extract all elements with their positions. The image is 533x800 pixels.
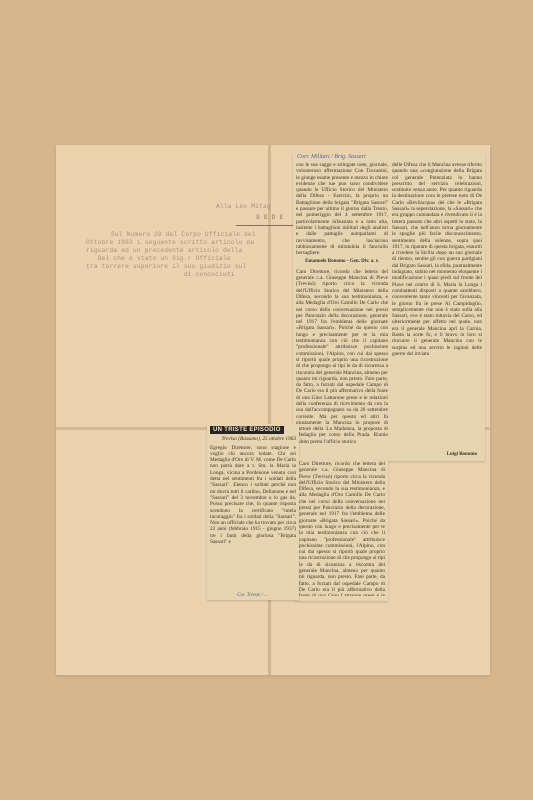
- newspaper-clipping-main: Corr. Militari / Brig. Sassari con le su…: [293, 153, 485, 461]
- newspaper-clipping-episode: UN TRISTE EPISODIO Treviso (Bassano), 25…: [207, 424, 299, 600]
- letter-line-2: Ottobre 1963 i seguente scritto articolo…: [86, 239, 254, 247]
- clipping-col2-text: delle Difesa che il Mancina avesse rifer…: [392, 162, 482, 357]
- episode-place-date: Treviso (Bassano), 25 ottobre 1963: [210, 436, 296, 442]
- episode-title: UN TRISTE EPISODIO: [210, 426, 284, 434]
- letter-line-3: riguarda ed un precedente articolo della: [86, 247, 243, 255]
- letter-line-5: tra torrere superiore il suo giudizio su…: [86, 263, 246, 271]
- handwritten-header: Corr. Militari / Brig. Sassari: [297, 154, 366, 160]
- clipping-column-1: con le sue sagge e stringate note, giorn…: [296, 162, 388, 461]
- newspaper-clipping-continuation: Caro Direttore, ricordo che lettera del …: [296, 461, 388, 601]
- episode-body: Egregio Direttore, sono stagione e vogli…: [210, 445, 296, 546]
- clipping-col1-top-text: con le sue sagge e stringate note, giorn…: [296, 162, 388, 256]
- clipping-signature: Luigi Bonomo: [447, 452, 477, 458]
- clipping-continuation-column: Caro Direttore, ricordo che lettera del …: [299, 461, 385, 596]
- clipping-column-2: delle Difesa che il Mancina avesse rifer…: [392, 162, 482, 448]
- clipping-byline: Emanuele Bonomo - Gen. Div. a. r.: [296, 259, 388, 265]
- clipping-col1-bottom-text: Caro Direttore, ricordo che lettera del …: [296, 269, 388, 445]
- clipping-continuation-text: Caro Direttore, ricordo che lettera del …: [299, 461, 385, 596]
- letter-line-4: Del che è stato un Sig.r Ufficiale: [86, 255, 231, 263]
- letter-recipient-sub: S E D E: [256, 214, 283, 222]
- letter-line-6: di conosciuti: [86, 271, 235, 279]
- letter-line-1: Sul Numero 20 del Corpo Ufficiale del: [111, 231, 256, 239]
- episode-handwritten-footer: Cor. Trieste / ...: [237, 593, 268, 599]
- letter-recipient: Alla Lex Mitag: [216, 203, 271, 211]
